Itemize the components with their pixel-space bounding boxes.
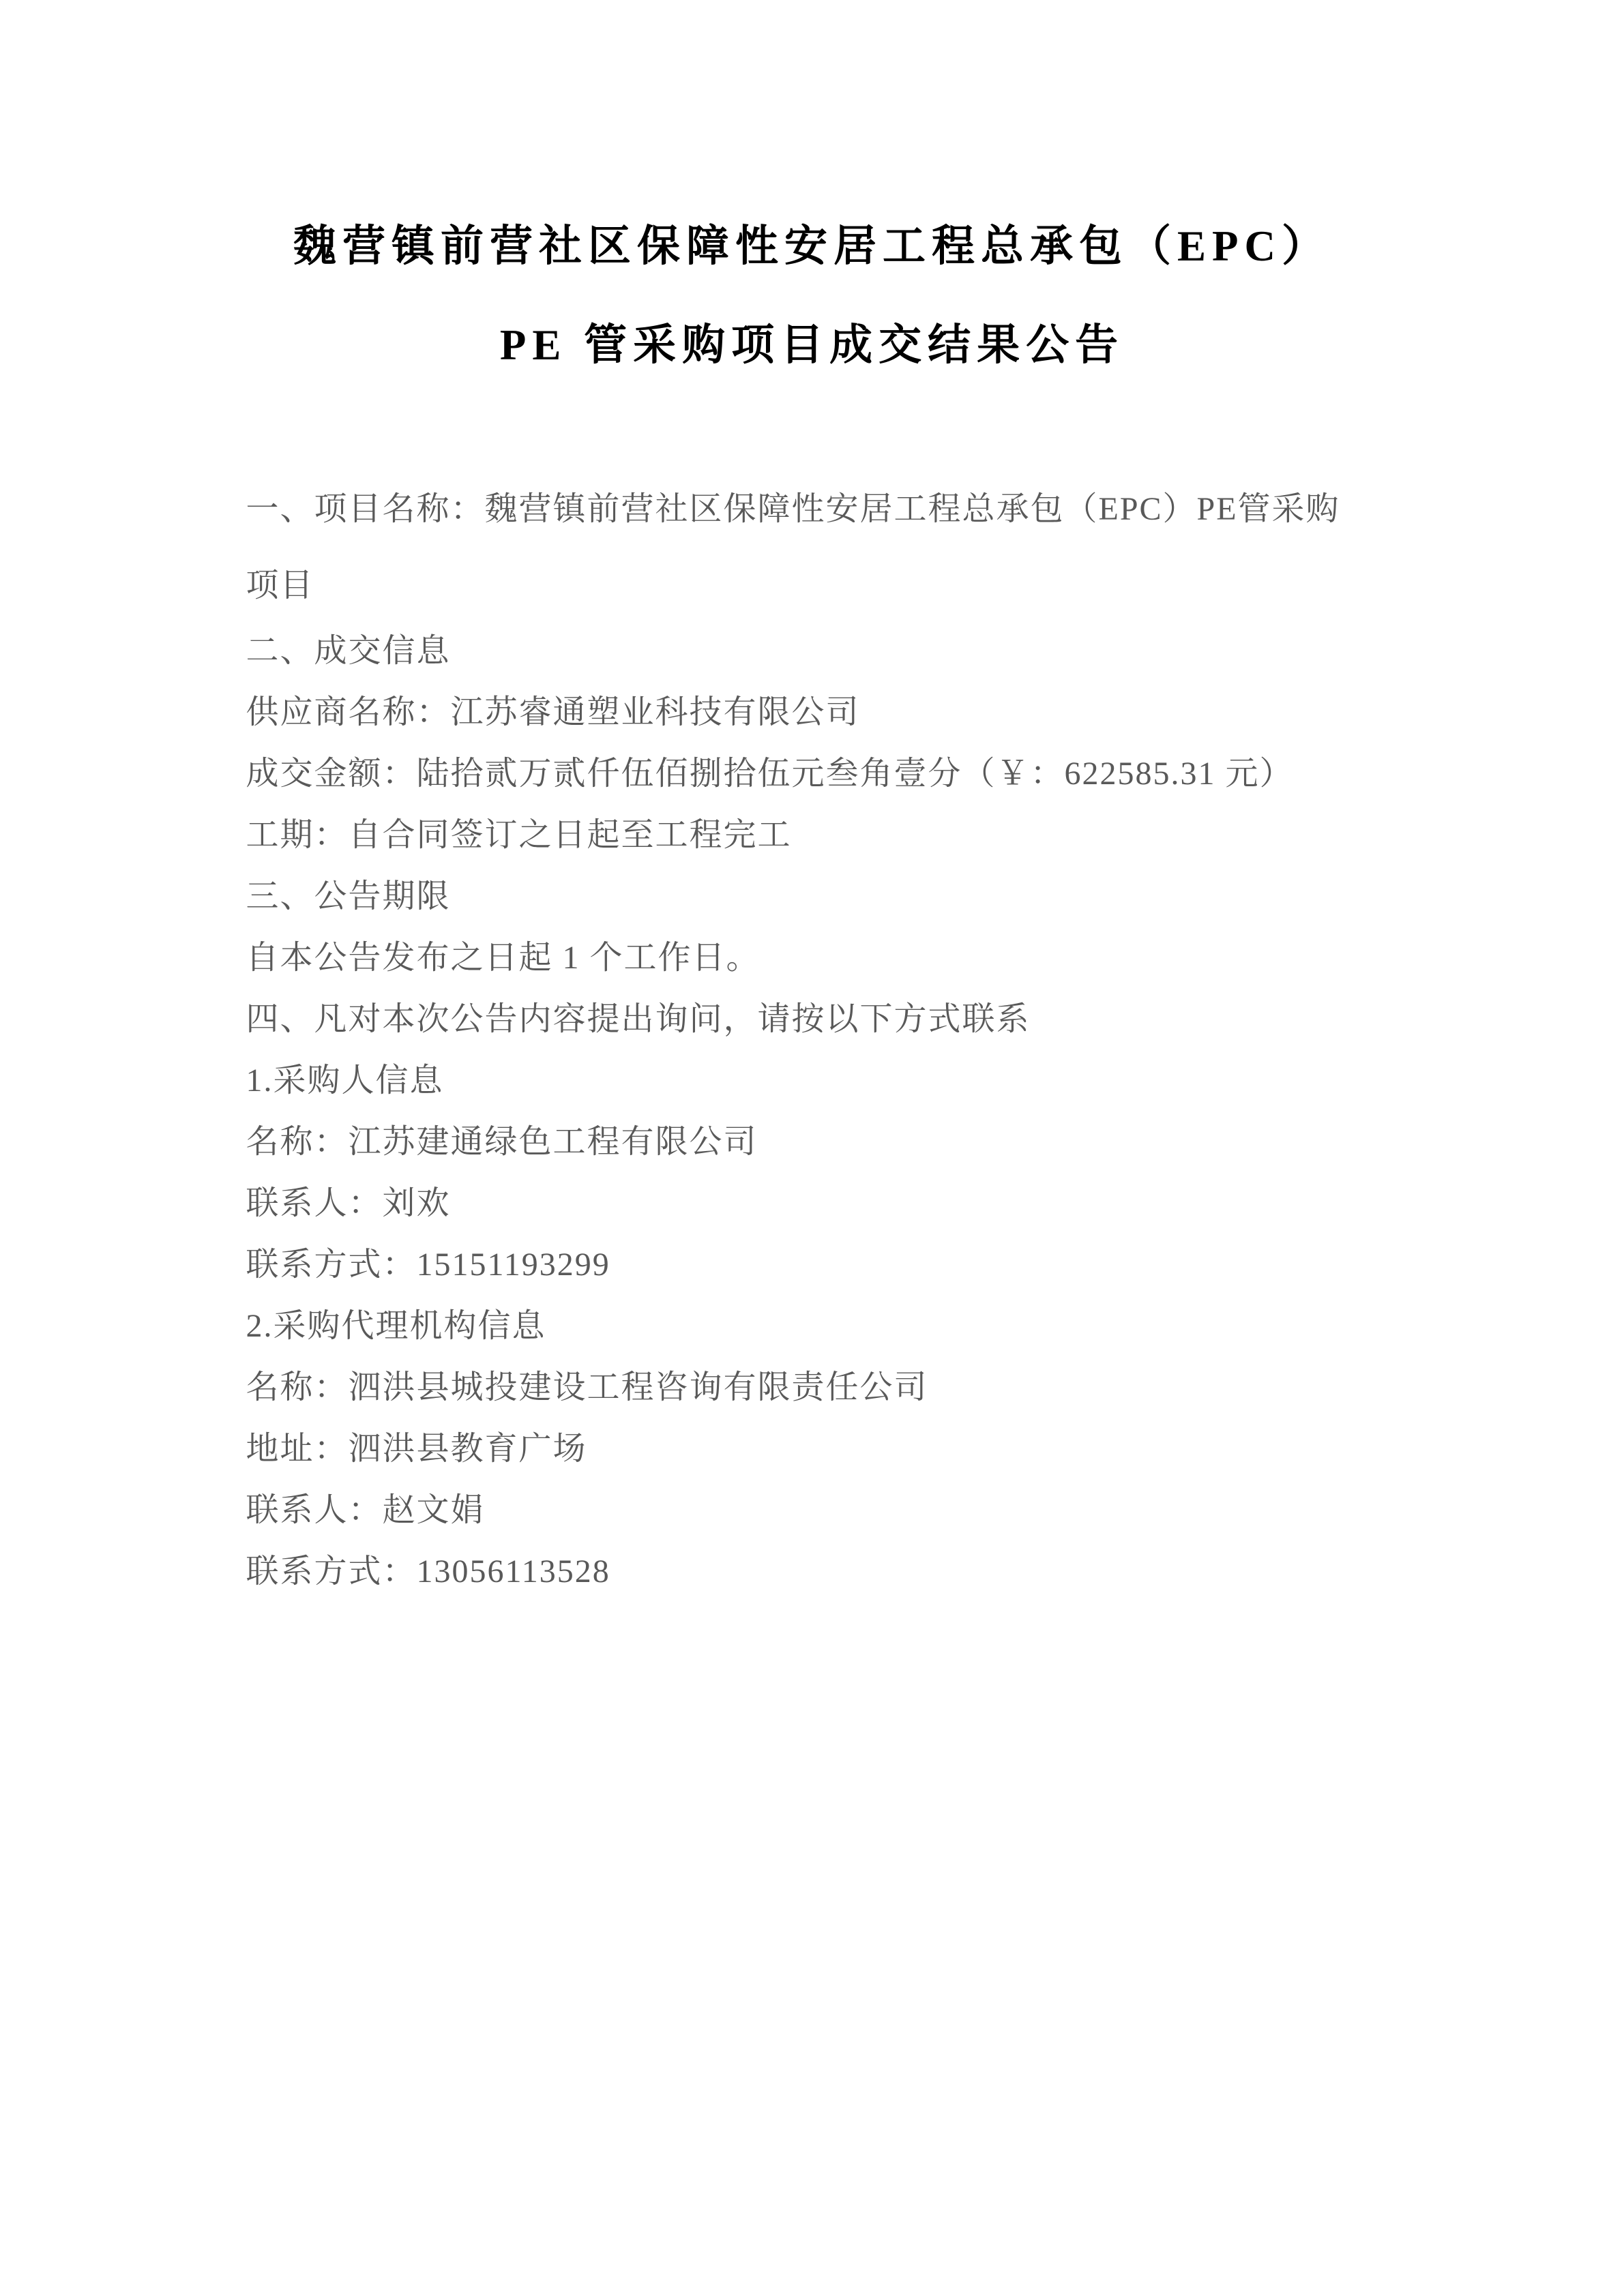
body-line: 自本公告发布之日起 1 个工作日。: [246, 942, 1378, 974]
document-title-line-2: PE 管采购项目成交结果公告: [0, 324, 1624, 367]
body-line: 四、凡对本次公告内容提出询问，请按以下方式联系: [246, 1003, 1378, 1036]
body-line: 名称：泗洪县城投建设工程咨询有限责任公司: [246, 1371, 1378, 1404]
document-title-line-1: 魏营镇前营社区保障性安居工程总承包（EPC）: [0, 225, 1624, 268]
body-line: 联系方式：15151193299: [246, 1249, 1378, 1281]
body-line: 1.采购人信息: [246, 1064, 1378, 1097]
body-line: 供应商名称：江苏睿通塑业科技有限公司: [246, 696, 1378, 729]
body-line: 联系方式：13056113528: [246, 1555, 1378, 1588]
body-line: 二、成交信息: [246, 635, 1378, 668]
body-line: 地址：泗洪县教育广场: [246, 1433, 1378, 1465]
body-line: 项目: [246, 569, 1378, 602]
body-line: 工期：自合同签订之日起至工程完工: [246, 819, 1378, 852]
body-line: 一、项目名称：魏营镇前营社区保障性安居工程总承包（EPC）PE管采购: [246, 493, 1378, 526]
body-line: 联系人：刘欢: [246, 1187, 1378, 1220]
document-page: 魏营镇前营社区保障性安居工程总承包（EPC） PE 管采购项目成交结果公告 一、…: [0, 0, 1624, 2296]
body-line: 2.采购代理机构信息: [246, 1310, 1378, 1343]
body-line: 成交金额：陆拾贰万贰仟伍佰捌拾伍元叁角壹分（￥：622585.31 元）: [246, 758, 1378, 790]
document-body: 一、项目名称：魏营镇前营社区保障性安居工程总承包（EPC）PE管采购项目二、成交…: [246, 493, 1378, 1588]
body-line: 三、公告期限: [246, 880, 1378, 913]
document-title: 魏营镇前营社区保障性安居工程总承包（EPC） PE 管采购项目成交结果公告: [0, 0, 1624, 367]
body-line: 联系人：赵文娟: [246, 1494, 1378, 1527]
body-line: 名称：江苏建通绿色工程有限公司: [246, 1126, 1378, 1159]
